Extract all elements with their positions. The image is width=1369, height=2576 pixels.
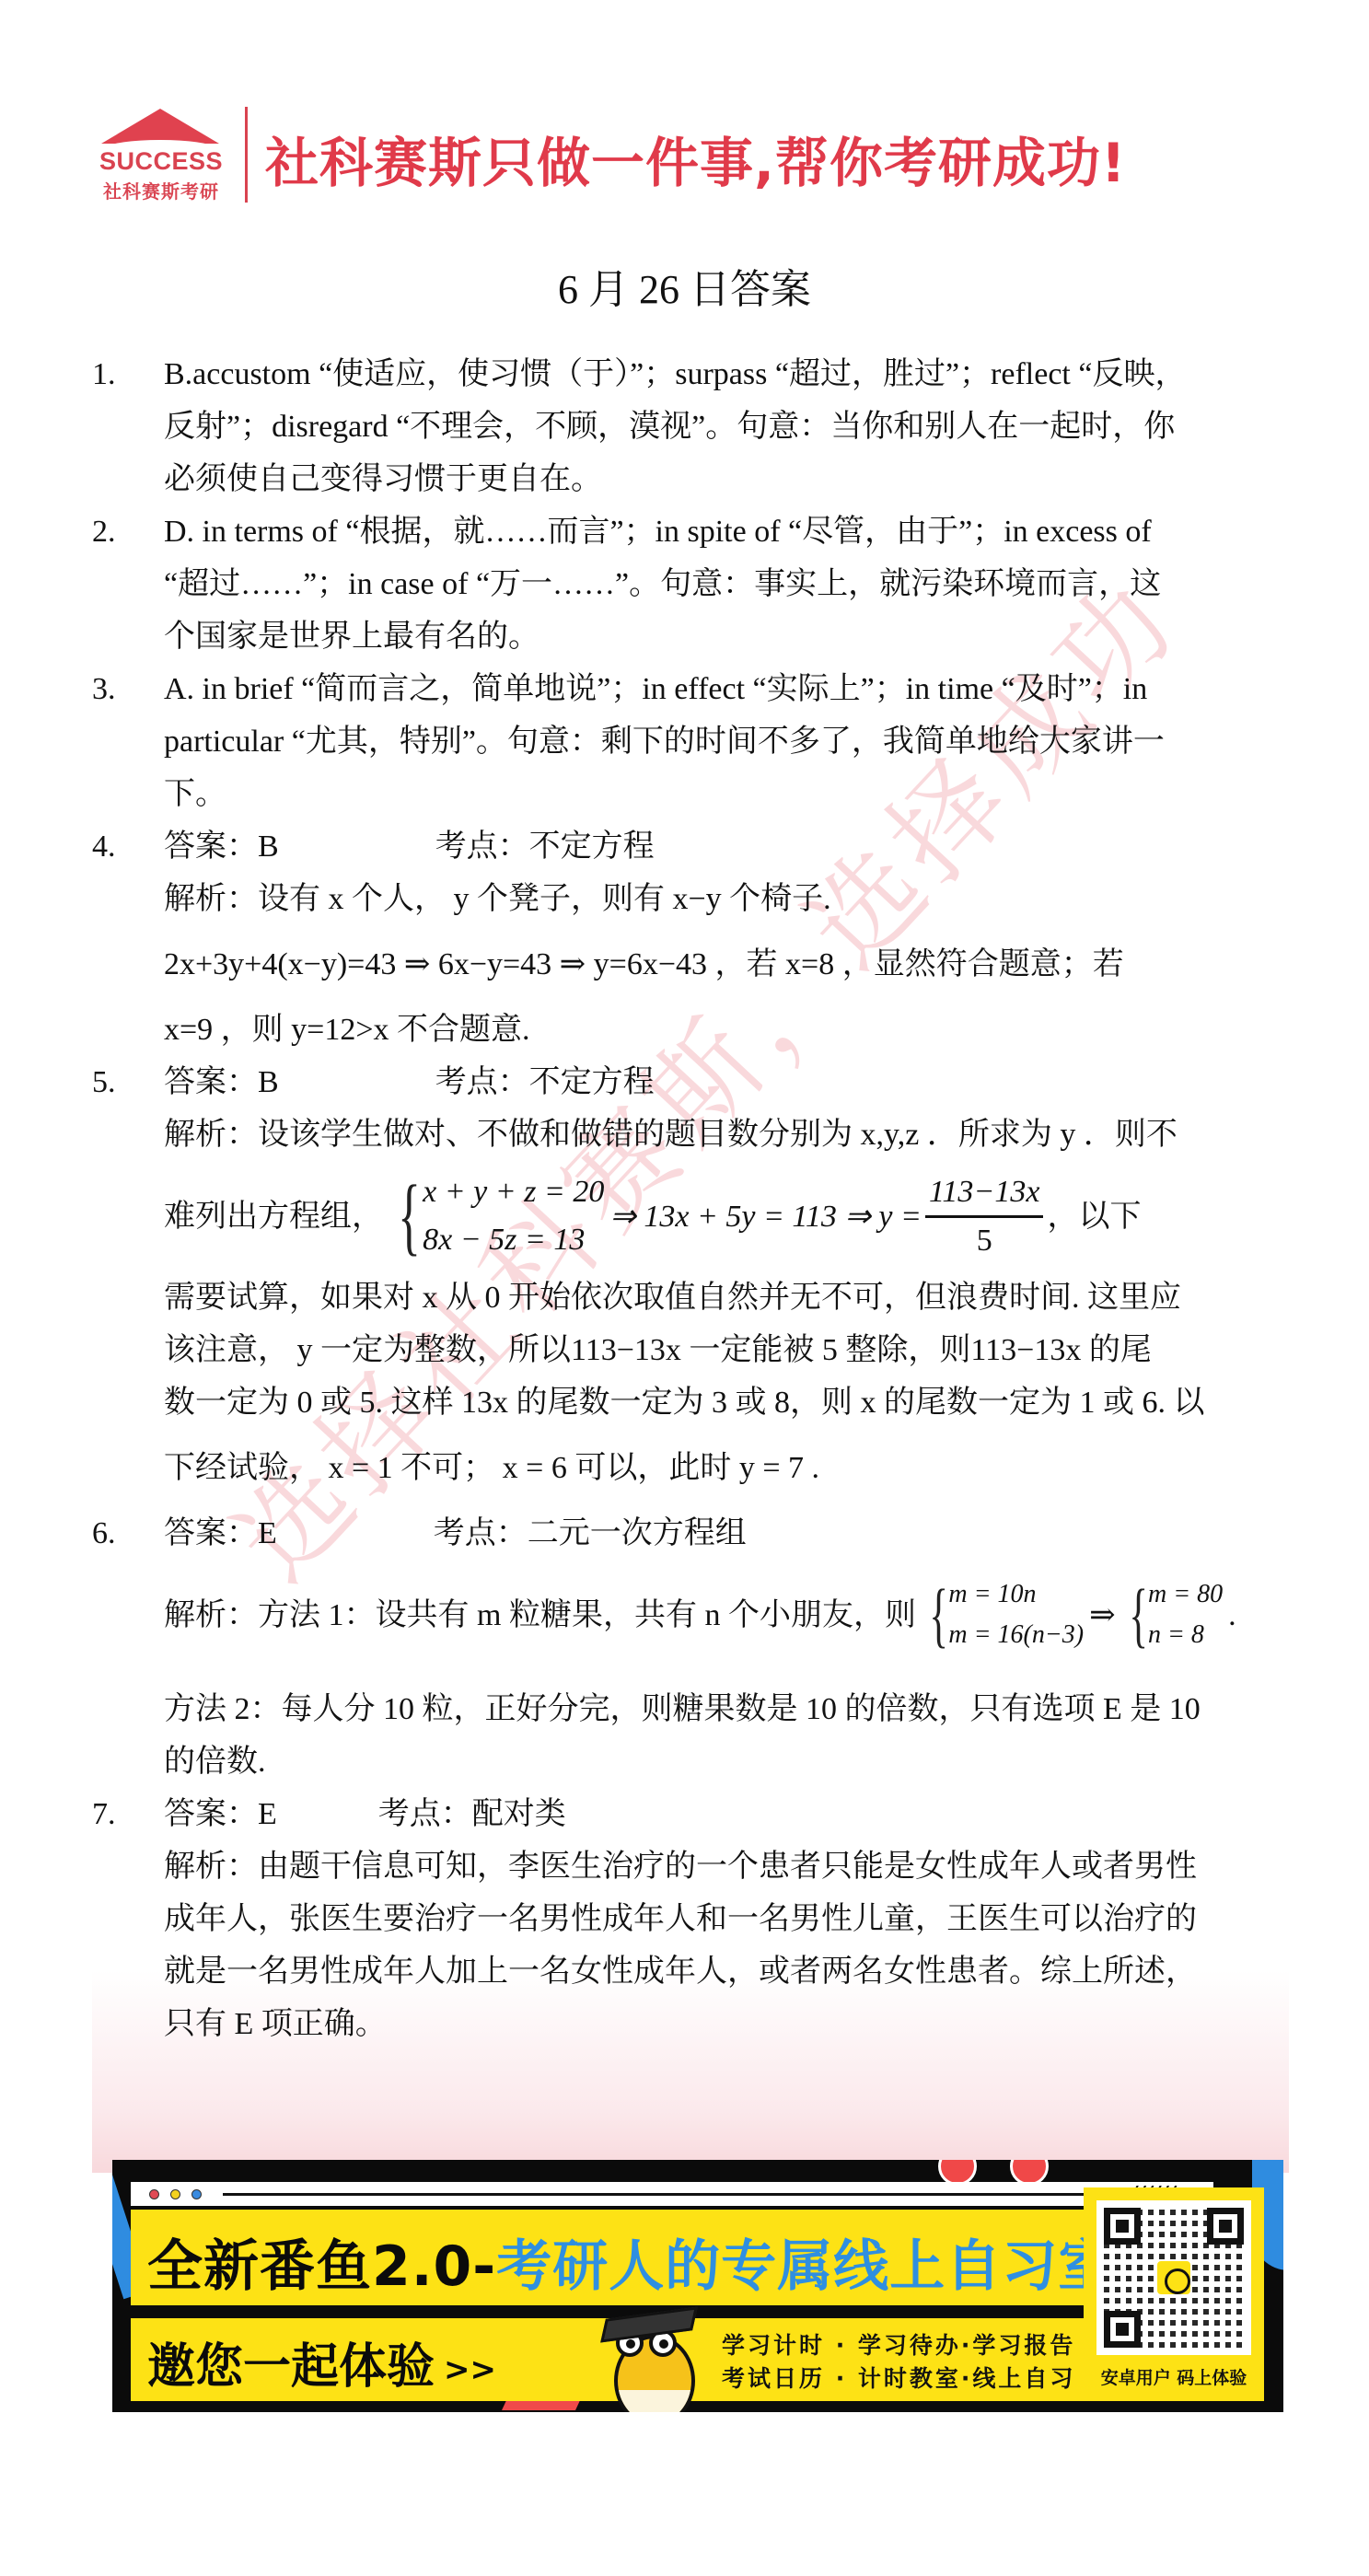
answer-list: 1. B.accustom “使适应，使习惯（于）”；surpass “超过，胜… [92,348,1280,2050]
qr-card[interactable]: 安卓用户 码上体验 [1084,2187,1264,2401]
answer-row: 答案：B 考点：不定方程 [164,820,1280,873]
method-2-text: 的倍数. [164,1735,1280,1788]
topic-label: 考点：不定方程 [435,1056,655,1108]
answer-item-4: 4. 答案：B 考点：不定方程 解析：设有 x 个人， y 个凳子，则有 x−y… [92,820,1280,1056]
spacer [164,991,1280,1004]
analysis-text: 解析：设该学生做对、不做和做错的题目数分别为 x,y,z ．所求为 y ．则不 [164,1108,1280,1161]
promo-banner[interactable]: ////// 全新番鱼2.0-考研人的专属线上自习室 邀您一起体验>> 学习计时… [112,2160,1283,2412]
system-result: ⇒ 13x + 5y = 113 ⇒ y = [609,1190,922,1243]
feature-list: 学习计时 · 学习待办·学习报告 考试日历 · 计时教室·线上自习 [722,2329,1075,2396]
implies-icon: ⇒ [1089,1589,1116,1642]
answer-row: 答案：B 考点：不定方程 [164,1056,1280,1108]
qr-finder [1207,2208,1244,2245]
item-text-line: “超过……”；in case of “万一……”。句意：事实上，就污染环境而言，… [164,558,1280,610]
qr-caption: 安卓用户 码上体验 [1084,2364,1264,2389]
method-1-suffix: . [1228,1589,1236,1642]
logo-text: SUCCESS [94,147,228,176]
yellow-dot-icon [170,2189,180,2199]
item-text-line: A. in brief “简而言之，简单地说”；in effect “实际上”；… [164,663,1280,715]
brace-icon: { [1129,1579,1148,1651]
invite-cta[interactable]: 邀您一起体验>> [147,2327,496,2396]
item-text-line: particular “尤其，特别”。句意：剩下的时间不多了，我简单地给大家讲一 [164,715,1280,768]
invite-text: 邀您一起体验 [147,2339,435,2395]
system-eq: m = 16(n−3) [948,1615,1084,1655]
brace-icon: { [398,1173,421,1259]
item-text-line: 就是一名男性成年人加上一名女性成年人，或者两名女性患者。综上所述， [164,1945,1280,1998]
answer-item-3: 3. A. in brief “简而言之，简单地说”；in effect “实际… [92,663,1280,820]
system-prefix: 难列出方程组， [164,1190,383,1243]
item-number: 5. [92,1056,116,1108]
item-text-line: D. in terms of “根据，就……而言”；in spite of “尽… [164,505,1280,558]
answer-label: 答案：E [164,1788,277,1840]
equation-system: { m = 10n m = 16(n−3) [922,1574,1084,1655]
bar-line [223,2193,1097,2196]
item-number: 4. [92,820,116,873]
item-text-line: 必须使自己变得习惯于更自在。 [164,453,1280,505]
equation-system-row: 难列出方程组， { x + y + z = 20 8x − 5z = 13 ⇒ … [164,1161,1280,1271]
item-number: 6. [92,1507,116,1560]
slogan: 社科赛斯只做一件事,帮你考研成功! [265,120,1127,197]
logo-subtext: 社科赛斯考研 [94,177,228,203]
answer-item-1: 1. B.accustom “使适应，使习惯（于）”；surpass “超过，胜… [92,348,1280,505]
answer-label: 答案：B [164,820,279,873]
topic-label: 考点：配对类 [378,1788,566,1840]
mascot-pupil [659,2339,668,2349]
header-divider [245,107,248,203]
fraction-denominator: 5 [977,1218,992,1264]
answer-label: 答案：E [164,1507,277,1560]
method-2-text: 方法 2：每人分 10 粒，正好分完，则糖果数是 10 的倍数，只有选项 E 是… [164,1683,1280,1735]
item-text-line: 需要试算，如果对 x 从 0 开始依次取值自然并无不可，但浪费时间. 这里应 [164,1271,1280,1324]
system-suffix: ，以下 [1047,1190,1141,1243]
item-text-line: 该注意， y 一定为整数，所以113−13x 一定能被 5 整除，则113−13… [164,1324,1280,1376]
spacer [164,925,1280,938]
spacer [164,1670,1280,1683]
mascot-belly [618,2390,691,2412]
qr-finder [1104,2311,1141,2348]
equation-system-result: { m = 80 n = 8 [1121,1574,1224,1655]
system-eq: 8x − 5z = 13 [423,1216,604,1264]
page-header: SUCCESS 社科赛斯考研 社科赛斯只做一件事,帮你考研成功! [90,103,1287,204]
answer-label: 答案：B [164,1056,279,1108]
answer-item-5: 5. 答案：B 考点：不定方程 解析：设该学生做对、不做和做错的题目数分别为 x… [92,1056,1280,1494]
system-eq: m = 80 [1148,1574,1223,1615]
item-text-line: 数一定为 0 或 5. 这样 13x 的尾数一定为 3 或 8，则 x 的尾数一… [164,1376,1280,1429]
spacer [164,1429,1280,1442]
fraction: 113−13x 5 [925,1169,1044,1264]
equation-line: x=9 ，则 y=12>x 不合题意. [164,1004,1280,1056]
method-1-text: 解析：方法 1：设共有 m 粒糖果，共有 n 个小朋友，则 [164,1589,916,1642]
answer-item-2: 2. D. in terms of “根据，就……而言”；in spite of… [92,505,1280,663]
roof-icon [101,109,219,144]
item-text-line: 下。 [164,768,1280,820]
equation-line: 2x+3y+4(x−y)=43 ⇒ 6x−y=43 ⇒ y=6x−43 ，若 x… [164,938,1280,991]
system-eq: m = 10n [948,1574,1084,1615]
answer-row: 答案：E 考点：二元一次方程组 [164,1507,1280,1560]
feature-line: 学习计时 · 学习待办·学习报告 [722,2329,1075,2362]
analysis-text: 解析：设有 x 个人， y 个凳子，则有 x−y 个椅子. [164,873,1280,925]
item-number: 7. [92,1788,116,1840]
fraction-numerator: 113−13x [925,1169,1044,1218]
qr-finder [1104,2208,1141,2245]
pufferfish-mascot-icon [596,2307,706,2412]
headline-blue: 考研人的专属线上自习室 [496,2234,1114,2299]
item-number: 3. [92,663,116,715]
browser-bar: ////// [131,2182,1213,2206]
item-text-line: 成年人，张医生要治疗一名男性成年人和一名男性儿童，王医生可以治疗的 [164,1893,1280,1945]
spacer [92,1494,1280,1507]
item-text-line: 下经试验， x = 1 不可； x = 6 可以，此时 y = 7 . [164,1442,1280,1494]
banner-headline: 全新番鱼2.0-考研人的专属线上自习室 [147,2222,1114,2302]
method-1-row: 解析：方法 1：设共有 m 粒糖果，共有 n 个小朋友，则 { m = 10n … [164,1560,1280,1670]
success-logo: SUCCESS 社科赛斯考研 [90,103,228,204]
system-eq: x + y + z = 20 [423,1168,604,1216]
answer-row: 答案：E 考点：配对类 [164,1788,1280,1840]
banner-headline-panel: 全新番鱼2.0-考研人的专属线上自习室 [131,2210,1213,2305]
red-dot-icon [149,2189,159,2199]
feature-line: 考试日历 · 计时教室·线上自习 [722,2362,1075,2396]
item-number: 2. [92,505,116,558]
mascot-pupil [626,2339,635,2349]
qr-logo-icon [1155,2259,1192,2296]
equation-system: { x + y + z = 20 8x − 5z = 13 [389,1168,604,1264]
answer-item-6: 6. 答案：E 考点：二元一次方程组 解析：方法 1：设共有 m 粒糖果，共有 … [92,1507,1280,1788]
item-number: 1. [92,348,116,400]
item-text-line: B.accustom “使适应，使习惯（于）”；surpass “超过，胜过”；… [164,348,1280,400]
item-text-line: 只有 E 项正确。 [164,1998,1280,2050]
brace-icon: { [929,1579,948,1651]
answer-item-7: 7. 答案：E 考点：配对类 解析：由题干信息可知，李医生治疗的一个患者只能是女… [92,1788,1280,2050]
topic-label: 考点：二元一次方程组 [434,1507,747,1560]
blue-dot-icon [191,2189,202,2199]
item-text-line: 解析：由题干信息可知，李医生治疗的一个患者只能是女性成年人或者男性 [164,1840,1280,1893]
item-text-line: 反射”；disregard “不理会，不顾，漠视”。句意：当你和别人在一起时，你 [164,400,1280,453]
qr-code-icon[interactable] [1096,2200,1251,2355]
double-chevron-icon: >> [444,2351,496,2388]
item-text-line: 个国家是世界上最有名的。 [164,610,1280,663]
system-eq: n = 8 [1148,1615,1223,1655]
topic-label: 考点：不定方程 [435,820,655,873]
page-title: 6 月 26 日答案 [0,256,1369,315]
headline-black: 全新番鱼2.0- [147,2234,496,2299]
